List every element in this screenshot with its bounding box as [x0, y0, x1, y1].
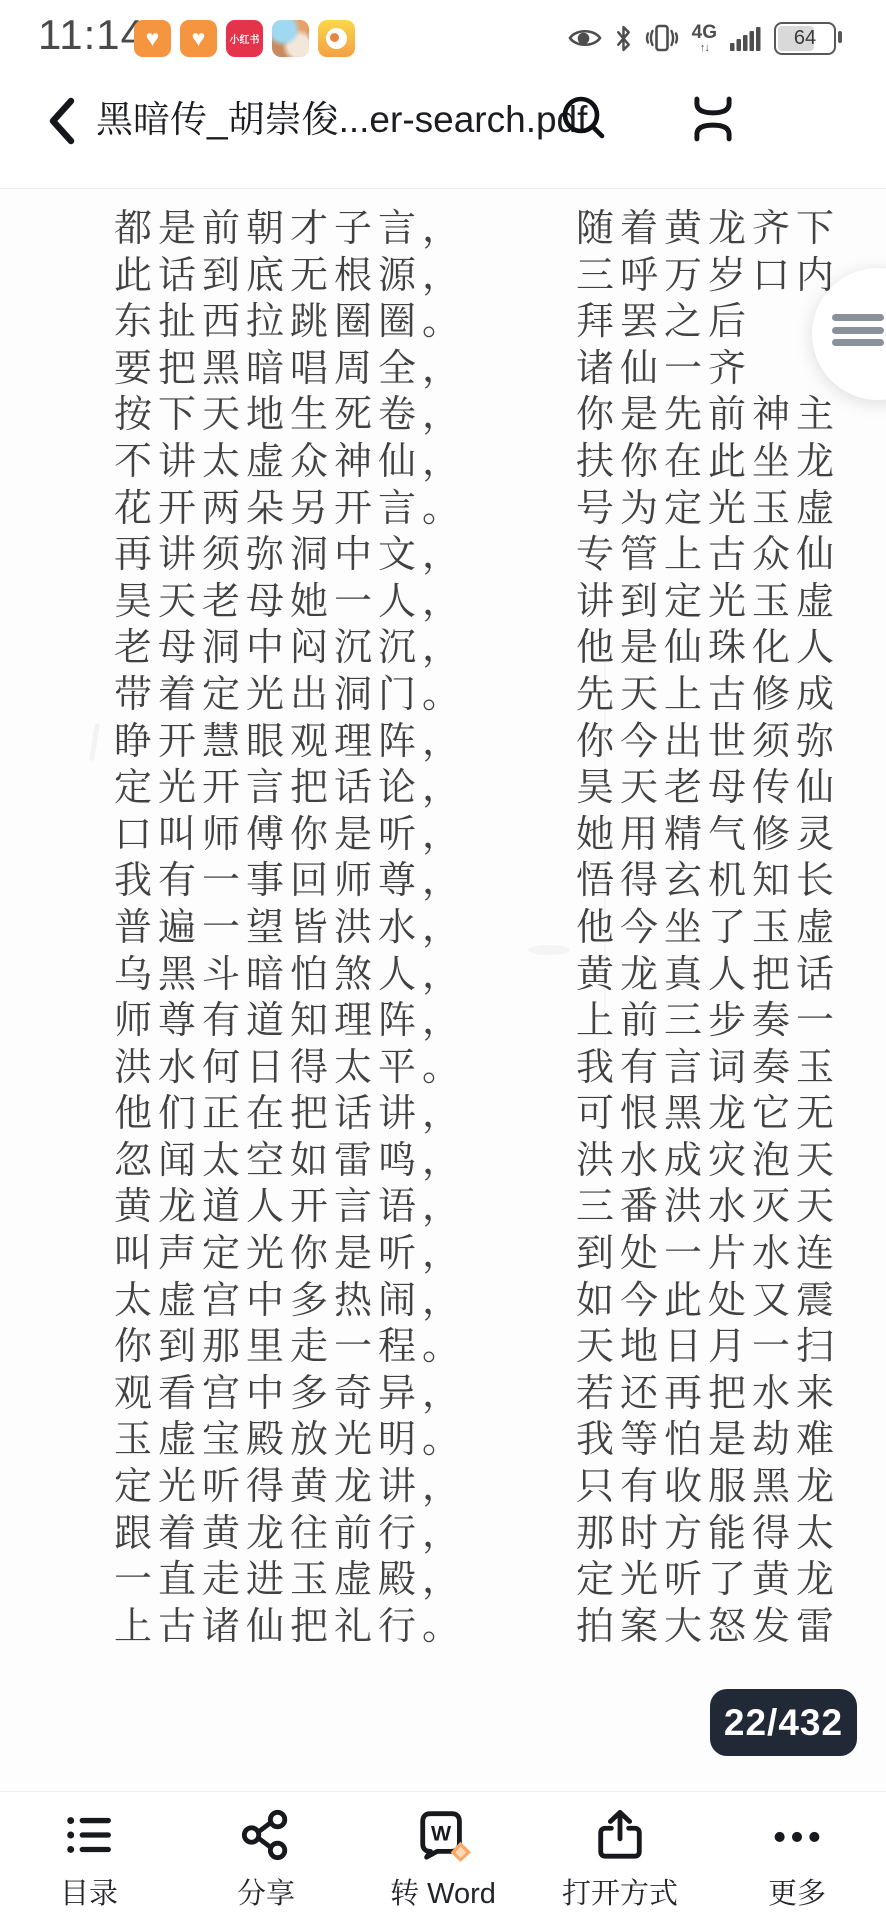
poem-line: 太虚宫中多热闹， — [114, 1278, 466, 1325]
anime-app-icon — [272, 20, 309, 57]
poem-line: 若还再把水来 — [576, 1371, 840, 1418]
poem-line: 师尊有道知理阵， — [114, 998, 466, 1045]
scan-artifact — [89, 723, 100, 761]
poem-line: 她用精气修灵 — [576, 812, 840, 859]
bottom-toolbar: 目录 分享 W 转 Word — [0, 1791, 886, 1920]
poem-line: 都是前朝才子言， — [114, 206, 466, 253]
toolbar-label: 更多 — [712, 1871, 882, 1912]
network-type-label: 4G — [692, 23, 717, 42]
poem-line: 天地日月一扫 — [576, 1324, 840, 1371]
poem-line: 你是先前神主 — [576, 392, 840, 439]
poem-line: 我有言词奏玉 — [576, 1045, 840, 1092]
list-icon — [4, 1802, 174, 1862]
poem-line: 你今出世须弥 — [576, 719, 840, 766]
battery-indicator: 64 — [774, 22, 836, 55]
back-button[interactable] — [44, 96, 80, 146]
weibo-eye-glyph — [326, 28, 347, 49]
hamburger-icon — [832, 327, 884, 334]
xiaohongshu-icon: 小红书 — [226, 20, 263, 57]
poem-line: 三番洪水灭天 — [576, 1184, 840, 1231]
status-indicators: 4G ↑↓ 64 — [568, 0, 836, 76]
poem-line: 定光听得黄龙讲， — [114, 1464, 466, 1511]
battery-nub — [838, 31, 843, 43]
poem-line: 叫声定光你是听， — [114, 1231, 466, 1278]
poem-line: 他们正在把话讲， — [114, 1091, 466, 1138]
poem-line: 三呼万岁口内 — [576, 253, 840, 300]
hamburger-icon — [832, 314, 884, 321]
poem-line: 那时方能得太 — [576, 1511, 840, 1558]
poem-line: 昊天老母她一人， — [114, 579, 466, 626]
toolbar-label: 目录 — [4, 1871, 174, 1912]
poem-line: 口叫师傅你是听， — [114, 812, 466, 859]
poem-line: 乌黑斗暗怕煞人， — [114, 952, 466, 999]
poem-line: 一直走进玉虚殿， — [114, 1557, 466, 1604]
poem-line: 他今坐了玉虚 — [576, 905, 840, 952]
poem-line: 号为定光玉虚 — [576, 486, 840, 533]
search-icon[interactable] — [560, 94, 608, 142]
poem-line: 可恨黑龙它无 — [576, 1091, 840, 1138]
toolbar-label: 打开方式 — [535, 1871, 705, 1912]
xiaohongshu-label: 小红书 — [230, 31, 260, 46]
toolbar-item-share[interactable]: 分享 — [181, 1802, 351, 1912]
poem-line: 老母洞中闷沉沉， — [114, 625, 466, 672]
document-title: 黑暗传_胡崇俊...er-search.pdf — [96, 94, 587, 146]
poem-line: 睁开慧眼观理阵， — [114, 719, 466, 766]
status-bar: 11:14 ♥ ♥ 小红书 — [0, 0, 886, 76]
scan-artifact — [604, 659, 606, 1049]
poem-line: 再讲须弥洞中文， — [114, 532, 466, 579]
poem-line: 要把黑暗唱周全， — [114, 346, 466, 393]
battery-level: 64 — [794, 27, 816, 50]
poem-line: 专管上古众仙 — [576, 532, 840, 579]
poem-line: 玉虚宝殿放光明。 — [114, 1417, 466, 1464]
poem-line: 跟着黄龙往前行， — [114, 1511, 466, 1558]
hamburger-icon — [832, 339, 884, 346]
poem-line: 不讲太虚众神仙， — [114, 439, 466, 486]
heart-glyph: ♥ — [192, 27, 206, 50]
poem-line: 普遍一望皆洪水， — [114, 905, 466, 952]
poem-line: 讲到定光玉虚 — [576, 579, 840, 626]
poem-line: 黄龙道人开言语， — [114, 1184, 466, 1231]
bluetooth-icon — [615, 25, 632, 52]
poem-line: 拜罢之后 — [576, 299, 840, 346]
share-nodes-icon — [181, 1802, 351, 1862]
poem-line: 上前三步奏一 — [576, 998, 840, 1045]
vibrate-icon — [645, 24, 679, 52]
poem-line: 带着定光出洞门。 — [114, 672, 466, 719]
page-indicator-badge: 22/432 — [710, 1689, 857, 1756]
toolbar-item-more[interactable]: 更多 — [712, 1802, 882, 1912]
poem-line: 洪水成灾泡天 — [576, 1138, 840, 1185]
export-box-icon — [535, 1802, 705, 1862]
signal-bars-icon — [730, 25, 761, 51]
poem-line: 定光开言把话论， — [114, 765, 466, 812]
poem-line: 悟得玄机知长 — [576, 858, 840, 905]
poem-line: 花开两朵另开言。 — [114, 486, 466, 533]
poem-line: 东扯西拉跳圈圈。 — [114, 299, 466, 346]
poem-line: 随着黄龙齐下 — [576, 206, 840, 253]
pdf-reader-screen: 11:14 ♥ ♥ 小红书 — [0, 0, 886, 1920]
poem-line: 如今此处又震 — [576, 1278, 840, 1325]
more-dots-icon — [712, 1802, 882, 1862]
toolbar-item-toc[interactable]: 目录 — [4, 1802, 174, 1912]
word-convert-icon: W — [358, 1802, 528, 1862]
poem-line: 诸仙一齐 — [576, 346, 840, 393]
notification-icons: ♥ ♥ 小红书 — [134, 20, 355, 57]
pdf-page-canvas[interactable]: 都是前朝才子言，此话到底无根源，东扯西拉跳圈圈。要把黑暗唱周全，按下天地生死卷，… — [0, 189, 886, 1791]
poem-line: 到处一片水连 — [576, 1231, 840, 1278]
reader-app-logo-icon[interactable] — [690, 96, 736, 142]
poem-line: 按下天地生死卷， — [114, 392, 466, 439]
toolbar-label: 分享 — [181, 1871, 351, 1912]
poem-line: 洪水何日得太平。 — [114, 1045, 466, 1092]
poem-line: 上古诸仙把礼行。 — [114, 1604, 466, 1651]
poem-line: 他是仙珠化人 — [576, 625, 840, 672]
scan-artifact — [528, 945, 570, 955]
poem-line: 昊天老母传仙 — [576, 765, 840, 812]
toolbar-item-open-with[interactable]: 打开方式 — [535, 1802, 705, 1912]
poem-line: 我等怕是劫难 — [576, 1417, 840, 1464]
clock: 11:14 — [38, 11, 145, 59]
svg-text:W: W — [431, 1822, 452, 1846]
poem-line: 忽闻太空如雷鸣， — [114, 1138, 466, 1185]
poem-line: 扶你在此坐龙 — [576, 439, 840, 486]
heart-glyph: ♥ — [146, 27, 160, 50]
poem-line: 定光听了黄龙 — [576, 1557, 840, 1604]
pdf-right-column: 随着黄龙齐下三呼万岁口内拜罢之后诸仙一齐你是先前神主扶你在此坐龙号为定光玉虚专管… — [576, 206, 840, 1650]
poem-line: 先天上古修成 — [576, 672, 840, 719]
eye-comfort-icon — [568, 25, 602, 51]
poem-line: 黄龙真人把话 — [576, 952, 840, 999]
poem-line: 拍案大怒发雷 — [576, 1604, 840, 1651]
network-type-indicator: 4G ↑↓ — [692, 23, 717, 54]
poem-line: 只有收服黑龙 — [576, 1464, 840, 1511]
poem-line: 你到那里走一程。 — [114, 1324, 466, 1371]
poem-line: 观看宫中多奇异， — [114, 1371, 466, 1418]
toolbar-label: 转 Word — [358, 1871, 528, 1912]
pdf-left-column: 都是前朝才子言，此话到底无根源，东扯西拉跳圈圈。要把黑暗唱周全，按下天地生死卷，… — [114, 206, 466, 1650]
chat-app-icon: ♥ — [180, 20, 217, 57]
chat-app-icon: ♥ — [134, 20, 171, 57]
data-arrows: ↑↓ — [700, 43, 709, 54]
poem-line: 此话到底无根源， — [114, 253, 466, 300]
header-bar: 黑暗传_胡崇俊...er-search.pdf — [0, 76, 886, 188]
poem-line: 我有一事回师尊， — [114, 858, 466, 905]
weibo-icon — [318, 20, 355, 57]
toolbar-item-convert-word[interactable]: W 转 Word — [358, 1802, 528, 1912]
